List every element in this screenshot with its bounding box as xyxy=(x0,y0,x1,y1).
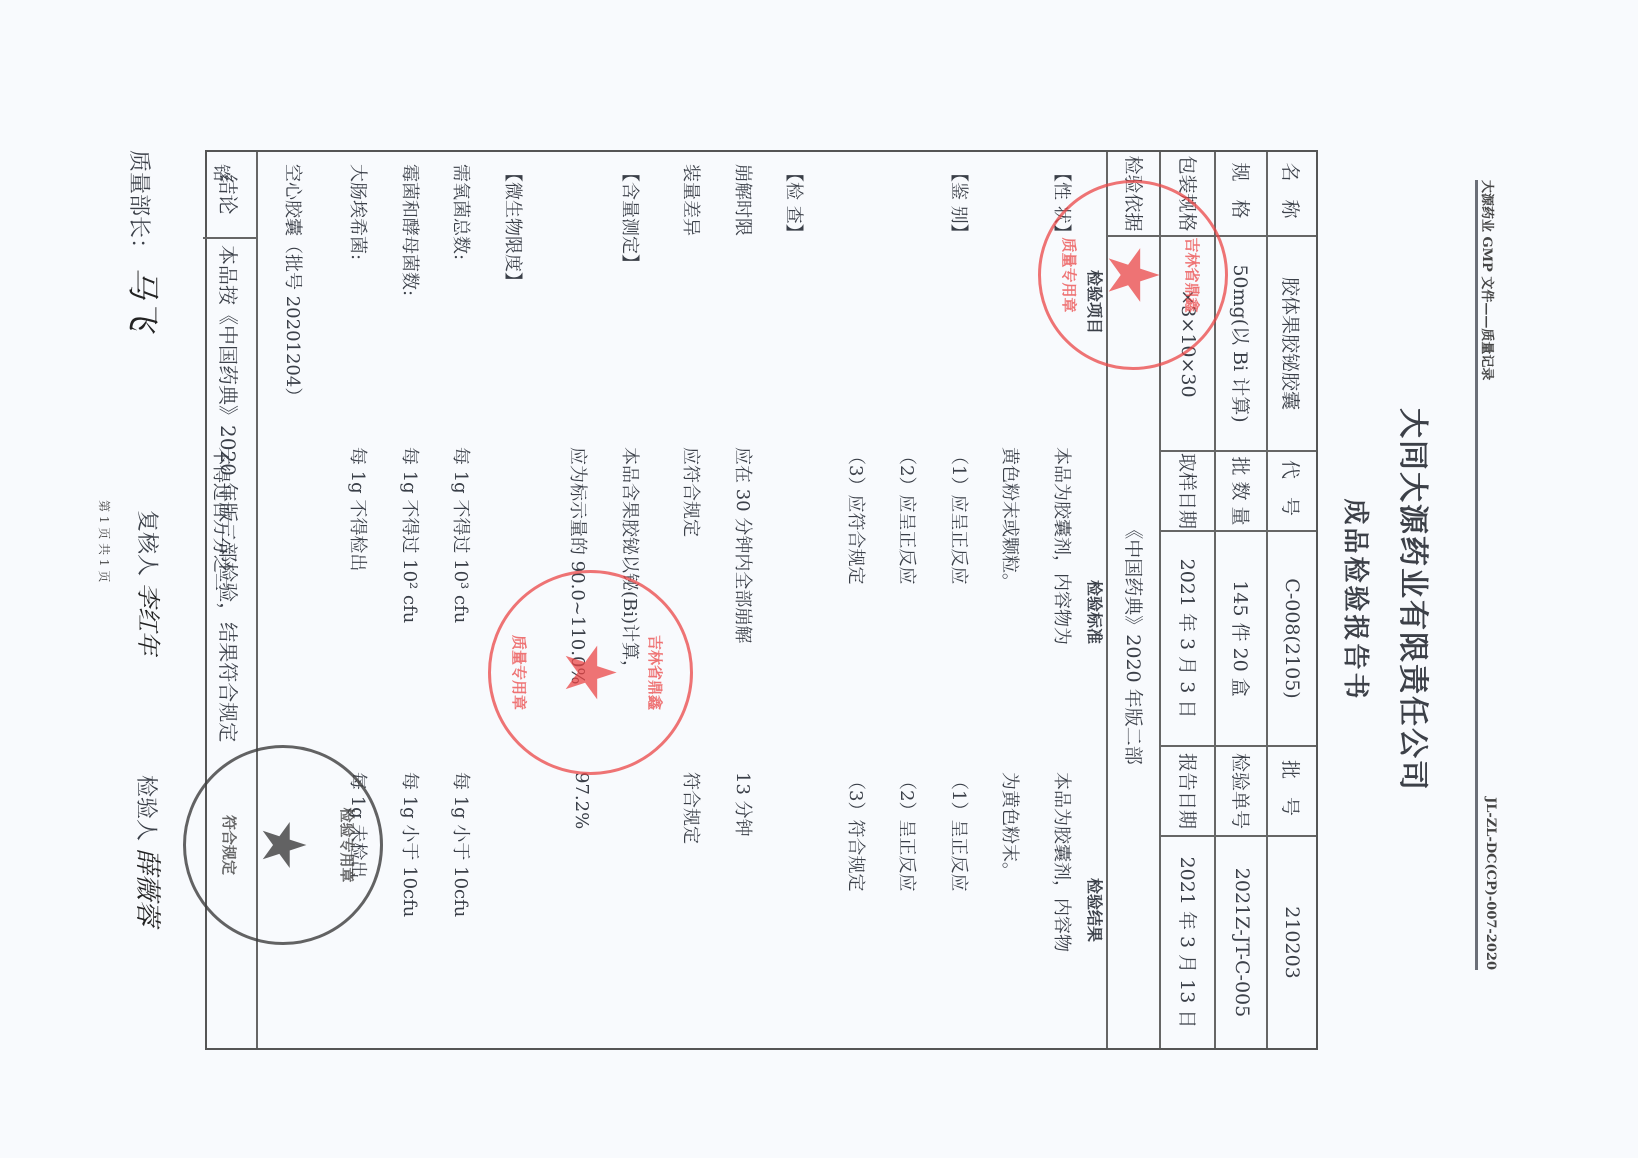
row-standard: （3）应符合规定 xyxy=(844,447,870,584)
col-standard: 检验标准 xyxy=(1083,452,1108,772)
row-result: 每 1g 小于 10cfu xyxy=(450,772,476,917)
row-standard: 应符合规定 xyxy=(680,447,706,537)
quality-seal-middle: ★ 吉林省鼎鑫 质量专用章 xyxy=(488,570,693,775)
spec-label: 规 格 xyxy=(1216,152,1268,237)
qa-head-sign: 马飞 xyxy=(124,267,162,331)
row-result: 每 1g 小于 10cfu xyxy=(398,772,424,917)
report-date-label: 报告日期 xyxy=(1161,747,1216,837)
header-divider xyxy=(1475,180,1478,970)
inspection-seal: ★ 检验专用章 符合规定 xyxy=(183,745,383,945)
name-value: 胶体果胶铋胶囊 xyxy=(1268,237,1316,452)
row-result: （2）呈正反应 xyxy=(896,772,922,891)
report-date-value: 2021 年 3 月 13 日 xyxy=(1161,837,1216,1048)
quality-seal-top: ★ 吉林省鼎鑫 质量专用章 xyxy=(1038,180,1228,370)
row-result: （3）符合规定 xyxy=(844,772,870,891)
conclusion-label: 结论 xyxy=(203,152,256,239)
qty-label: 批 数 量 xyxy=(1216,452,1268,532)
qty-value: 145 件 20 盒 xyxy=(1216,532,1268,747)
page-number: 第 1 页 共 1 页 xyxy=(96,500,113,582)
row-standard: 黄色粉末或颗粒。 xyxy=(999,447,1025,591)
row-item: 【含量测定】 xyxy=(618,164,644,272)
row-item: 【鉴 别】 xyxy=(947,164,973,242)
doc-category: 大源药业 GMP 文件——质量记录 xyxy=(1479,180,1498,380)
row-standard: （2）应呈正反应 xyxy=(896,447,922,584)
report-title: 成品检验报告书 xyxy=(1339,150,1376,1050)
row-item: 装量差异 xyxy=(680,164,706,236)
batch-value: 210203 xyxy=(1268,837,1316,1048)
inspection-no-value: 2021Z-JT-C-005 xyxy=(1216,837,1268,1048)
inspection-report-page: 大源药业 GMP 文件——质量记录 JL-ZL-DC(CP)-007-2020 … xyxy=(0,0,1638,1158)
row-result: 符合规定 xyxy=(680,772,706,844)
row-item: 【微生物限度】 xyxy=(501,164,527,290)
row-result: 13 分钟 xyxy=(731,772,757,837)
row-result: 本品为胶囊剂，内容物 xyxy=(1050,772,1076,952)
row-item: 崩解时限 xyxy=(731,164,757,236)
row-item: 霉菌和酵母菌数: xyxy=(398,164,424,296)
row-standard: （1）应呈正反应 xyxy=(947,447,973,584)
row-standard: 本品为胶囊剂，内容物为 xyxy=(1050,447,1076,645)
name-label: 名 称 xyxy=(1268,152,1316,237)
row-standard: 每 1g 不得检出 xyxy=(347,447,373,571)
inspector-signature: 检验人 薛薇蓉 xyxy=(131,775,168,926)
reviewer-signature: 复核人 李红年 xyxy=(133,510,168,655)
code-value: C-008(2105) xyxy=(1268,532,1316,747)
star-icon: ★ xyxy=(253,818,313,872)
star-icon: ★ xyxy=(1098,244,1168,307)
company-name: 大同大源药业有限责任公司 xyxy=(1394,150,1438,1050)
inspection-no-label: 检验单号 xyxy=(1216,747,1268,837)
doc-code: JL-ZL-DC(CP)-007-2020 xyxy=(1483,780,1498,970)
batch-label: 批 号 xyxy=(1268,747,1316,837)
row-standard: 应在 30 分钟内全部崩解 xyxy=(731,447,757,643)
code-label: 代 号 xyxy=(1268,452,1316,532)
sample-date-value: 2021 年 3 月 3 日 xyxy=(1161,532,1216,747)
inspector-sign: 薛薇蓉 xyxy=(132,848,162,926)
row-standard: 每 1g 不得过 10³ cfu xyxy=(450,447,476,623)
row-item: 需氧菌总数: xyxy=(450,164,476,260)
star-icon: ★ xyxy=(556,641,626,704)
row-item: 空心胶囊（批号 20201204） xyxy=(281,164,307,405)
row-standard: 每 1g 不得过 10² cfu xyxy=(398,447,424,623)
reviewer-sign: 李红年 xyxy=(134,583,162,655)
row-item: 大肠埃希菌: xyxy=(347,164,373,260)
col-result: 检验结果 xyxy=(1083,772,1108,1048)
row-result: 为黄色粉末。 xyxy=(999,772,1025,880)
info-row-name: 名 称 胶体果胶铋胶囊 代 号 C-008(2105) 批 号 210203 xyxy=(1266,152,1316,1048)
row-result: （1）呈正反应 xyxy=(947,772,973,891)
qa-head-signature: 质量部长： 马飞 xyxy=(122,150,168,331)
row-result: 97.2% xyxy=(572,772,593,829)
sample-date-label: 取样日期 xyxy=(1161,452,1216,532)
row-item: 【检 查】 xyxy=(783,164,809,242)
